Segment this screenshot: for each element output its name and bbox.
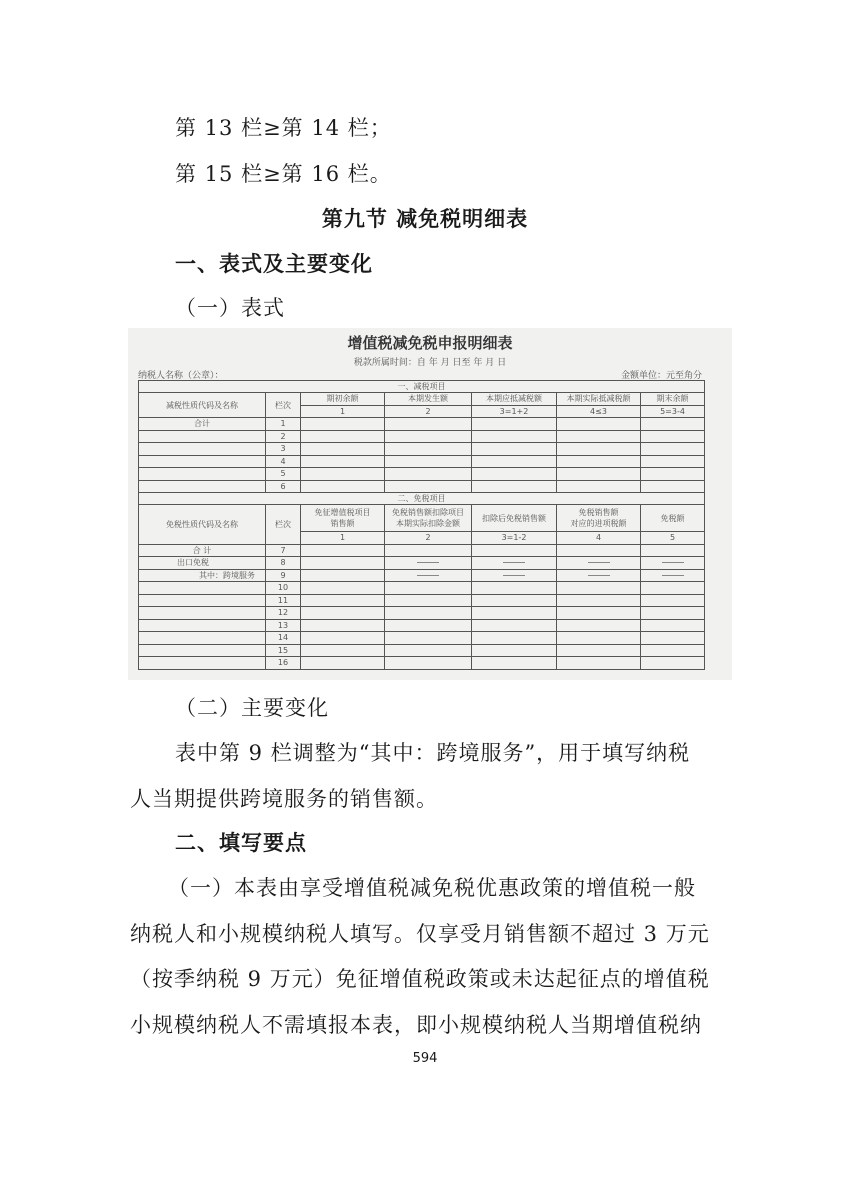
table-row: 12 xyxy=(139,607,705,620)
paragraph-line: 表中第 9 栏调整为“其中：跨境服务”，用于填写纳税 xyxy=(175,737,690,767)
value-cell[interactable] xyxy=(385,455,472,468)
row-name: 合 计 xyxy=(139,544,266,557)
value-cell xyxy=(557,569,641,582)
value-cell[interactable] xyxy=(557,582,641,595)
col-header: 本期应抵减税额 xyxy=(472,393,557,406)
value-cell[interactable] xyxy=(301,569,385,582)
row-number: 7 xyxy=(266,544,301,557)
value-cell xyxy=(641,557,705,570)
form-table: 一、减税项目减税性质代码及名称栏次期初余额本期发生额本期应抵减税额本期实际抵减税… xyxy=(138,380,705,670)
row-name xyxy=(139,607,266,620)
table-row: 15 xyxy=(139,644,705,657)
value-cell[interactable] xyxy=(472,632,557,645)
row-number: 10 xyxy=(266,582,301,595)
value-cell[interactable] xyxy=(385,468,472,481)
value-cell[interactable] xyxy=(385,657,472,670)
value-cell[interactable] xyxy=(557,632,641,645)
value-cell[interactable] xyxy=(472,619,557,632)
heading-2: 二、填写要点 xyxy=(175,827,307,857)
row-number: 9 xyxy=(266,569,301,582)
text-line: 第 13 栏≥第 14 栏； xyxy=(175,112,392,142)
value-cell[interactable] xyxy=(385,632,472,645)
value-cell xyxy=(385,569,472,582)
value-cell[interactable] xyxy=(301,619,385,632)
value-cell[interactable] xyxy=(301,443,385,456)
value-cell[interactable] xyxy=(301,455,385,468)
dash-mark xyxy=(417,562,439,563)
row-number: 3 xyxy=(266,443,301,456)
section-title: 第九节 减免税明细表 xyxy=(0,203,850,233)
value-cell[interactable] xyxy=(641,468,705,481)
value-cell[interactable] xyxy=(472,594,557,607)
value-cell[interactable] xyxy=(472,657,557,670)
value-cell[interactable] xyxy=(385,594,472,607)
row-name xyxy=(139,430,266,443)
row-number: 11 xyxy=(266,594,301,607)
row-name xyxy=(139,644,266,657)
value-cell[interactable] xyxy=(472,544,557,557)
value-cell[interactable] xyxy=(472,430,557,443)
value-cell[interactable] xyxy=(557,443,641,456)
value-cell[interactable] xyxy=(301,632,385,645)
value-cell[interactable] xyxy=(301,582,385,595)
value-cell[interactable] xyxy=(641,607,705,620)
table-row: 10 xyxy=(139,582,705,595)
row-number: 8 xyxy=(266,557,301,570)
value-cell[interactable] xyxy=(301,418,385,431)
col-header: 免征增值税项目销售额 xyxy=(301,505,385,532)
value-cell[interactable] xyxy=(557,418,641,431)
col-formula: 2 xyxy=(385,532,472,545)
col-formula: 4 xyxy=(557,532,641,545)
col-header: 免税额 xyxy=(641,505,705,532)
value-cell[interactable] xyxy=(472,468,557,481)
value-cell[interactable] xyxy=(385,582,472,595)
value-cell[interactable] xyxy=(557,607,641,620)
value-cell[interactable] xyxy=(301,430,385,443)
value-cell[interactable] xyxy=(385,443,472,456)
value-cell[interactable] xyxy=(557,468,641,481)
dash-mark xyxy=(588,575,610,576)
table-row: 4 xyxy=(139,455,705,468)
row-number: 13 xyxy=(266,619,301,632)
col-header-name: 免税性质代码及名称 xyxy=(139,505,266,545)
col-header: 本期发生额 xyxy=(385,393,472,406)
value-cell[interactable] xyxy=(472,418,557,431)
row-name xyxy=(139,619,266,632)
value-cell[interactable] xyxy=(301,657,385,670)
row-number: 14 xyxy=(266,632,301,645)
paragraph-line: （一）本表由享受增值税减免税优惠政策的增值税一般 xyxy=(168,872,696,902)
value-cell xyxy=(557,557,641,570)
col-header: 期末余额 xyxy=(641,393,705,406)
dash-mark xyxy=(662,562,684,563)
row-name xyxy=(139,657,266,670)
col-header-name: 减税性质代码及名称 xyxy=(139,393,266,418)
col-header: 免税销售额扣除项目本期实际扣除金额 xyxy=(385,505,472,532)
table-row: 3 xyxy=(139,443,705,456)
col-formula: 5=3-4 xyxy=(641,405,705,418)
row-number: 5 xyxy=(266,468,301,481)
dash-mark xyxy=(662,575,684,576)
value-cell[interactable] xyxy=(472,455,557,468)
value-cell[interactable] xyxy=(385,644,472,657)
row-number: 2 xyxy=(266,430,301,443)
col-formula: 1 xyxy=(301,405,385,418)
paragraph-line: 人当期提供跨境服务的销售额。 xyxy=(130,783,438,813)
value-cell[interactable] xyxy=(472,582,557,595)
col-formula: 3=1+2 xyxy=(472,405,557,418)
col-formula: 5 xyxy=(641,532,705,545)
value-cell[interactable] xyxy=(472,480,557,493)
section-header: 二、免税项目 xyxy=(139,493,705,505)
value-cell[interactable] xyxy=(557,544,641,557)
table-row: 出口免税8 xyxy=(139,557,705,570)
row-number: 16 xyxy=(266,657,301,670)
text-line: 第 15 栏≥第 16 栏。 xyxy=(175,158,392,188)
value-cell[interactable] xyxy=(472,644,557,657)
heading-1: 一、表式及主要变化 xyxy=(175,248,373,278)
col-header: 扣除后免税销售额 xyxy=(472,505,557,532)
col-formula: 3=1-2 xyxy=(472,532,557,545)
value-cell[interactable] xyxy=(641,455,705,468)
table-row: 5 xyxy=(139,468,705,481)
col-header: 免税销售额对应的进项税额 xyxy=(557,505,641,532)
table-row: 合 计7 xyxy=(139,544,705,557)
paragraph-line: （按季纳税 9 万元）免征增值税政策或未达起征点的增值税 xyxy=(130,963,710,993)
col-formula: 1 xyxy=(301,532,385,545)
value-cell[interactable] xyxy=(641,619,705,632)
col-header-row: 栏次 xyxy=(266,393,301,418)
value-cell[interactable] xyxy=(385,607,472,620)
row-name xyxy=(139,455,266,468)
dash-mark xyxy=(417,575,439,576)
value-cell[interactable] xyxy=(301,480,385,493)
dash-mark xyxy=(503,562,525,563)
row-number: 4 xyxy=(266,455,301,468)
value-cell[interactable] xyxy=(641,594,705,607)
value-cell xyxy=(472,557,557,570)
value-cell[interactable] xyxy=(301,594,385,607)
value-cell[interactable] xyxy=(385,619,472,632)
row-name xyxy=(139,582,266,595)
value-cell[interactable] xyxy=(301,544,385,557)
value-cell[interactable] xyxy=(557,455,641,468)
row-number: 1 xyxy=(266,418,301,431)
value-cell[interactable] xyxy=(557,657,641,670)
value-cell[interactable] xyxy=(301,468,385,481)
value-cell[interactable] xyxy=(557,594,641,607)
value-cell[interactable] xyxy=(472,443,557,456)
value-cell[interactable] xyxy=(641,480,705,493)
table-row: 14 xyxy=(139,632,705,645)
row-name xyxy=(139,594,266,607)
table-row: 13 xyxy=(139,619,705,632)
row-number: 6 xyxy=(266,480,301,493)
value-cell[interactable] xyxy=(385,544,472,557)
table-row: 合计1 xyxy=(139,418,705,431)
paragraph-line: 纳税人和小规模纳税人填写。仅享受月销售额不超过 3 万元 xyxy=(130,918,710,948)
row-name xyxy=(139,480,266,493)
col-header: 本期实际抵减税额 xyxy=(557,393,641,406)
row-number: 12 xyxy=(266,607,301,620)
table-row: 6 xyxy=(139,480,705,493)
value-cell[interactable] xyxy=(385,430,472,443)
row-name xyxy=(139,632,266,645)
value-cell xyxy=(385,557,472,570)
row-name xyxy=(139,443,266,456)
row-name xyxy=(139,468,266,481)
value-cell[interactable] xyxy=(641,644,705,657)
col-formula: 2 xyxy=(385,405,472,418)
row-name: 出口免税 xyxy=(139,557,266,570)
row-name: 合计 xyxy=(139,418,266,431)
row-number: 15 xyxy=(266,644,301,657)
col-header: 期初余额 xyxy=(301,393,385,406)
value-cell[interactable] xyxy=(301,557,385,570)
value-cell[interactable] xyxy=(557,644,641,657)
sub-heading-2: （二）主要变化 xyxy=(175,692,329,722)
page-number: 594 xyxy=(0,1051,850,1066)
value-cell[interactable] xyxy=(641,443,705,456)
value-cell[interactable] xyxy=(385,480,472,493)
value-cell[interactable] xyxy=(641,430,705,443)
sub-heading-1: （一）表式 xyxy=(175,292,285,322)
table-row: 11 xyxy=(139,594,705,607)
dash-mark xyxy=(588,562,610,563)
value-cell[interactable] xyxy=(301,644,385,657)
value-cell[interactable] xyxy=(557,480,641,493)
value-cell[interactable] xyxy=(557,619,641,632)
value-cell[interactable] xyxy=(641,418,705,431)
paragraph-line: 小规模纳税人不需填报本表，即小规模纳税人当期增值税纳 xyxy=(130,1009,702,1039)
value-cell[interactable] xyxy=(641,544,705,557)
row-name: 其中：跨境服务 xyxy=(139,569,266,582)
value-cell xyxy=(472,569,557,582)
col-formula: 4≤3 xyxy=(557,405,641,418)
section-header: 一、减税项目 xyxy=(139,381,705,393)
table-row: 2 xyxy=(139,430,705,443)
table-row: 16 xyxy=(139,657,705,670)
value-cell[interactable] xyxy=(385,418,472,431)
value-cell[interactable] xyxy=(557,430,641,443)
form-period: 税款所属时间：自 年 月 日至 年 月 日 xyxy=(128,355,732,368)
dash-mark xyxy=(503,575,525,576)
value-cell[interactable] xyxy=(641,582,705,595)
value-cell[interactable] xyxy=(472,607,557,620)
form-image: 增值税减免税申报明细表 税款所属时间：自 年 月 日至 年 月 日 纳税人名称（… xyxy=(128,328,732,680)
value-cell[interactable] xyxy=(641,657,705,670)
value-cell[interactable] xyxy=(301,607,385,620)
value-cell xyxy=(641,569,705,582)
form-title: 增值税减免税申报明细表 xyxy=(128,332,732,353)
value-cell[interactable] xyxy=(641,632,705,645)
table-row: 其中：跨境服务9 xyxy=(139,569,705,582)
col-header-row: 栏次 xyxy=(266,505,301,545)
